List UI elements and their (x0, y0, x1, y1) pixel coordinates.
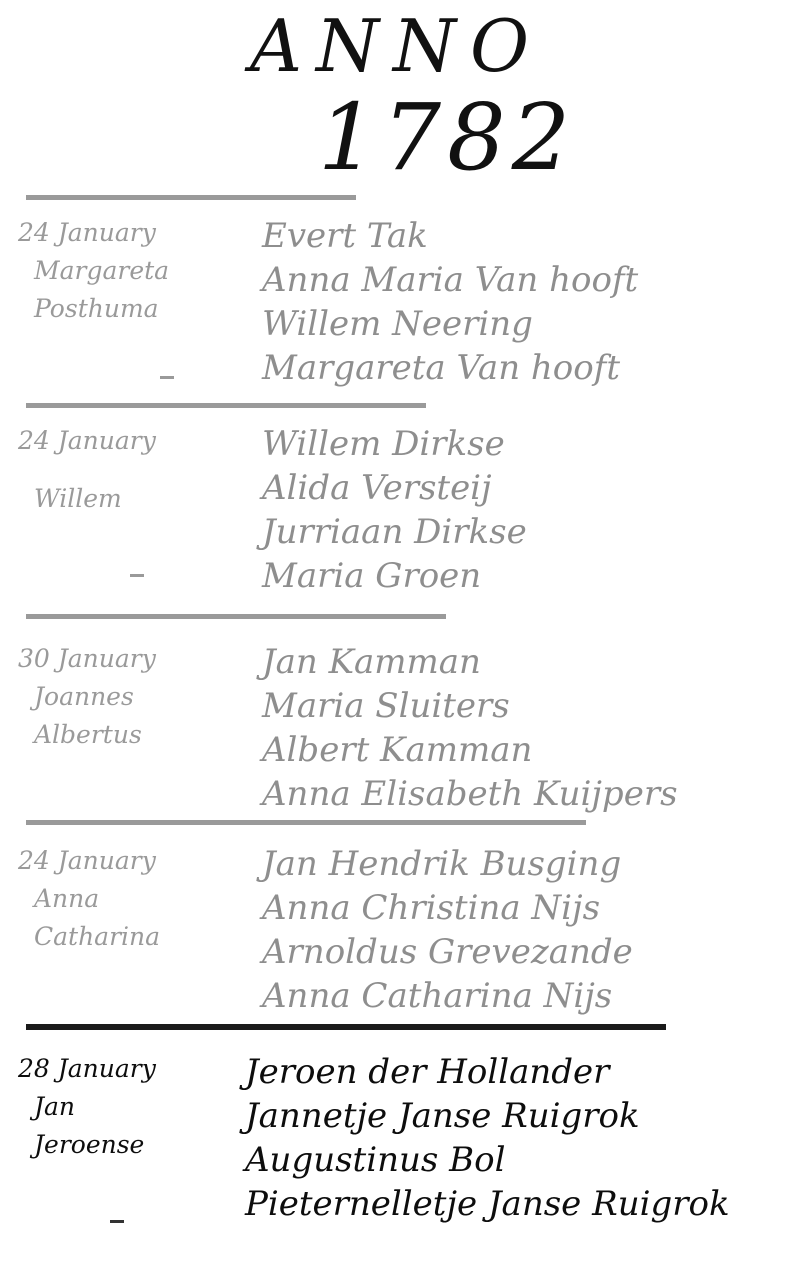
witness-name: Maria Groen (262, 554, 782, 598)
entry-divider (26, 195, 356, 200)
entry-names: Jan Kamman Maria Sluiters Albert Kamman … (262, 640, 782, 816)
entry-date: 24 January (18, 842, 218, 880)
child-name: Joannes (18, 678, 218, 716)
child-name: Albertus (18, 716, 218, 754)
child-name: Jeroense (18, 1126, 218, 1164)
year-heading: 1782 (318, 92, 576, 184)
father-name: Jan Hendrik Busging (262, 842, 782, 886)
entry-names: Jeroen der Hollander Jannetje Janse Ruig… (245, 1050, 765, 1226)
witness-name: Anna Catharina Nijs (262, 974, 782, 1018)
father-name: Willem Dirkse (262, 422, 782, 466)
witness-name: Augustinus Bol (245, 1138, 765, 1182)
mother-name: Alida Versteij (262, 466, 782, 510)
entry-date: 28 January (18, 1050, 218, 1088)
child-name: Jan (18, 1088, 218, 1126)
page-header: ANNO 1782 (0, 0, 800, 195)
mother-name: Anna Maria Van hooft (262, 258, 782, 302)
witness-name: Willem Neering (262, 302, 782, 346)
entry-divider (26, 614, 446, 619)
witness-name: Jurriaan Dirkse (262, 510, 782, 554)
child-name: Margareta (18, 252, 218, 290)
entry-date: 24 January (18, 214, 218, 252)
child-name: Anna (18, 880, 218, 918)
witness-name: Margareta Van hooft (262, 346, 782, 390)
entry-date-child: 28 January Jan Jeroense (18, 1050, 218, 1164)
entry-names: Willem Dirkse Alida Versteij Jurriaan Di… (262, 422, 782, 598)
entry-names: Evert Tak Anna Maria Van hooft Willem Ne… (262, 214, 782, 390)
mother-name: Maria Sluiters (262, 684, 782, 728)
witness-name: Albert Kamman (262, 728, 782, 772)
mother-name: Jannetje Janse Ruigrok (245, 1094, 765, 1138)
witness-name: Anna Elisabeth Kuijpers (262, 772, 782, 816)
mark-dash (110, 1220, 124, 1223)
entry-divider (26, 820, 586, 825)
entry-date-child: 30 January Joannes Albertus (18, 640, 218, 754)
entry-names: Jan Hendrik Busging Anna Christina Nijs … (262, 842, 782, 1018)
child-name: Willem (18, 480, 218, 518)
father-name: Jeroen der Hollander (245, 1050, 765, 1094)
child-name: Posthuma (18, 290, 218, 328)
entry-date-child: 24 January Margareta Posthuma (18, 214, 218, 328)
mark-dash (130, 574, 144, 577)
mother-name: Anna Christina Nijs (262, 886, 782, 930)
entry-date: 30 January (18, 640, 218, 678)
witness-name: Pieternelletje Janse Ruigrok (245, 1182, 765, 1226)
child-name: Catharina (18, 918, 218, 956)
father-name: Jan Kamman (262, 640, 782, 684)
father-name: Evert Tak (262, 214, 782, 258)
mark-dash (160, 376, 174, 379)
witness-name: Arnoldus Grevezande (262, 930, 782, 974)
entry-date-child: 24 January Willem (18, 422, 218, 518)
entry-date: 24 January (18, 422, 218, 460)
entry-date-child: 24 January Anna Catharina (18, 842, 218, 956)
anno-heading: ANNO (250, 10, 543, 82)
entry-divider (26, 403, 426, 408)
entry-divider (26, 1024, 666, 1030)
